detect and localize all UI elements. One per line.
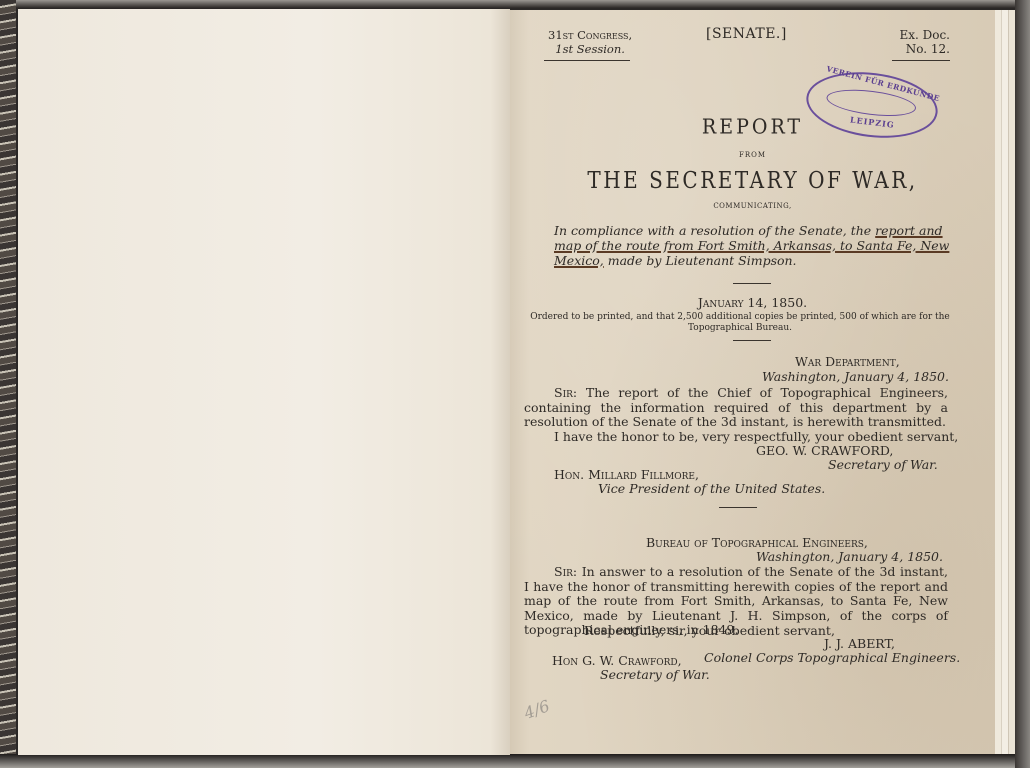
order-text: Ordered to be printed, and that 2,500 ad…	[530, 312, 950, 334]
doc-type-label: Ex. Doc.	[892, 28, 950, 42]
congress-header: 31st Congress, 1st Session.	[548, 28, 632, 61]
letter2-closing: Respectfully, sir, your obedient servant…	[584, 624, 835, 639]
from-label: FROM	[510, 151, 995, 159]
letter1-salutation: Sir:	[554, 385, 577, 400]
letter1-addressee-title: Vice President of the United States.	[598, 482, 825, 497]
compliance-text-end: made by Lieutenant Simpson.	[604, 253, 797, 268]
divider-rule	[719, 507, 757, 508]
compliance-text: In compliance with a resolution of the S…	[554, 223, 875, 238]
letter2-salutation: Sir:	[554, 564, 577, 579]
divider-rule	[733, 283, 771, 284]
cover-bottom-edge	[0, 754, 1030, 768]
page-edges	[995, 10, 1015, 754]
letter2-signer-title: Colonel Corps Topographical Engineers.	[704, 651, 960, 666]
pencil-annotation: 4/6	[522, 696, 553, 723]
marbled-cover-edge	[0, 0, 16, 768]
secretary-title: THE SECRETARY OF WAR,	[510, 166, 995, 194]
communicating-label: COMMUNICATING,	[510, 202, 995, 210]
letter2-place-date: Washington, January 4, 1850.	[756, 550, 943, 565]
doc-number-header: Ex. Doc. No. 12.	[892, 28, 950, 61]
letter1-place-date: Washington, January 4, 1850.	[762, 370, 949, 385]
cover-top-edge	[0, 0, 1030, 8]
blank-left-page	[18, 9, 510, 755]
letter2-addressee-title: Secretary of War.	[600, 668, 710, 683]
letter1-body-text: The report of the Chief of Topographical…	[524, 385, 948, 429]
cover-right-edge	[1015, 0, 1030, 768]
session-label: 1st Session.	[548, 42, 632, 56]
letter1-department: War Department,	[795, 355, 900, 370]
report-title: REPORT	[510, 115, 995, 139]
congress-label: 31st Congress,	[548, 28, 632, 42]
letter1-body: Sir: The report of the Chief of Topograp…	[524, 386, 948, 430]
divider-rule	[733, 340, 771, 341]
compliance-paragraph: In compliance with a resolution of the S…	[554, 223, 954, 268]
order-date: January 14, 1850.	[510, 295, 995, 310]
header-rule-right	[892, 60, 950, 61]
header-rule-left	[544, 60, 630, 61]
chamber-label: [SENATE.]	[706, 26, 787, 42]
title-page: 31st Congress, 1st Session. [SENATE.] Ex…	[510, 10, 995, 754]
doc-number-label: No. 12.	[892, 42, 950, 56]
letter1-signer-title: Secretary of War.	[828, 458, 938, 473]
